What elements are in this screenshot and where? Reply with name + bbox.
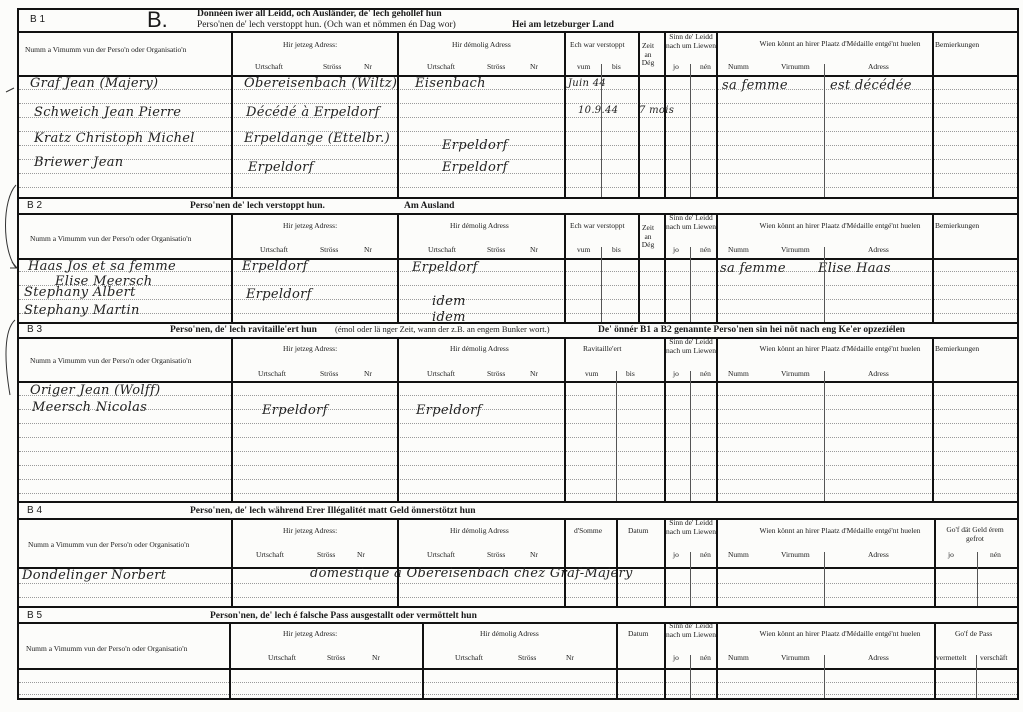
col-line <box>564 213 566 322</box>
col-line <box>664 518 666 606</box>
row-line <box>19 159 1017 160</box>
col-name-header: Numm a Vimumm vun der Perso'n oder Organ… <box>28 541 189 550</box>
frame-right <box>1017 8 1019 698</box>
col-current-address: Hir jetzeg Adress: <box>283 345 337 354</box>
row-line <box>19 395 1017 396</box>
col-virnumm: Virnumm <box>781 654 810 663</box>
col-datum: Datum <box>628 630 648 639</box>
section-bottom <box>17 606 1019 608</box>
col-medal: Wien könnt an hirer Plaatz d'Médaille en… <box>755 222 925 231</box>
entry-current-address: Erpeldorf <box>262 403 328 418</box>
entry-former-address: Erpeldorf <box>416 403 482 418</box>
col-line <box>824 64 825 197</box>
col-jo: jo <box>673 63 679 72</box>
col-urtschaft: Urtschaft <box>427 551 455 560</box>
col-former-address: Hir démolig Adress <box>480 630 539 639</box>
col-current-address: Hir jetzeg Adress: <box>283 630 337 639</box>
col-somme: d'Somme <box>574 527 602 536</box>
col-vum: vum <box>577 246 590 255</box>
col-nr: Nr <box>364 246 372 255</box>
row-line <box>19 299 1017 300</box>
col-line <box>664 337 666 501</box>
col-line <box>716 622 718 698</box>
section-title-line2: Perso'nen de' lech verstoppt hun. (Och w… <box>197 20 456 30</box>
col-line <box>932 31 934 197</box>
section-title: Perso'nen, de' lech ravitaille'ert hun <box>170 325 317 335</box>
col-bis: bis <box>612 246 621 255</box>
col-nr: Nr <box>566 654 574 663</box>
col-numm: Numm <box>728 654 749 663</box>
col-urtschaft: Urtschaft <box>428 246 456 255</box>
col-line <box>231 213 233 322</box>
col-name-header: Numm a Vimumm vun der Perso'n oder Organ… <box>25 46 186 55</box>
col-line <box>690 64 691 197</box>
divider <box>17 213 1019 215</box>
col-numm: Numm <box>728 246 749 255</box>
col-line <box>231 31 233 197</box>
col-line <box>664 622 666 698</box>
entry-name: Origer Jean (Wolff) <box>30 383 160 398</box>
col-line <box>397 337 399 501</box>
col-line <box>690 247 691 322</box>
col-urtschaft: Urtschaft <box>260 246 288 255</box>
entry-former-address: Erpeldorf <box>412 260 478 275</box>
col-line <box>716 213 718 322</box>
col-line <box>976 655 977 698</box>
margin-arrow-annotations <box>0 0 30 712</box>
col-line <box>664 31 666 197</box>
col-adress: Adress <box>868 370 889 379</box>
entry-current-address: Obereisenbach (Wiltz) <box>244 76 397 91</box>
entry-current-address: Erpeldange (Ettelbr.) <box>244 131 390 146</box>
divider <box>17 337 1019 339</box>
header-bottom <box>17 381 1019 383</box>
col-vum: vum <box>577 63 590 72</box>
col-medal: Wien könnt an hirer Plaatz d'Médaille en… <box>755 527 925 536</box>
entry-name: Stephany Martin <box>24 303 140 318</box>
col-nen: nén <box>700 654 711 663</box>
col-line <box>664 213 666 322</box>
entry-name: Kratz Christoph Michel <box>34 131 195 146</box>
col-line <box>932 213 934 322</box>
col-line <box>616 622 618 698</box>
col-geld-gefrot: Go'f dät Geld érem gefrot <box>940 526 1010 543</box>
row-line <box>19 285 1017 286</box>
col-bis: bis <box>612 63 621 72</box>
col-line <box>824 552 825 606</box>
col-urtschaft: Urtschaft <box>258 370 286 379</box>
col-nen: nén <box>700 551 711 560</box>
col-former-address: Hir démolig Adress <box>452 41 511 50</box>
section-bottom <box>17 501 1019 503</box>
col-days: Zeit an Dég <box>641 224 655 250</box>
col-nr: Nr <box>530 246 538 255</box>
col-current-address: Hir jetzeg Adress: <box>283 527 337 536</box>
row-line <box>19 313 1017 314</box>
col-line <box>716 337 718 501</box>
col-line <box>638 31 640 197</box>
col-line <box>601 64 602 197</box>
col-line <box>690 371 691 501</box>
col-adress: Adress <box>868 551 889 560</box>
col-line <box>977 552 978 606</box>
col-hidden: Ech war verstoppt <box>570 222 625 231</box>
entry-former-address: Eisenbach <box>415 76 486 91</box>
col-nen: nén <box>990 551 1001 560</box>
col-line <box>564 337 566 501</box>
col-line <box>934 622 936 698</box>
col-virnumm: Virnumm <box>781 63 810 72</box>
col-stross: Ströss <box>327 654 345 663</box>
section-title: Perso'nen de' lech verstoppt hun. <box>190 201 325 211</box>
col-nen: nén <box>700 370 711 379</box>
col-line <box>231 518 233 606</box>
col-nen: nén <box>700 63 711 72</box>
col-adress: Adress <box>868 246 889 255</box>
col-line <box>616 518 618 606</box>
section-title: Perso'nen, de' lech während Erer Illégal… <box>190 506 476 516</box>
col-stross: Ströss <box>518 654 536 663</box>
section-title-right: Am Ausland <box>404 201 454 211</box>
col-line <box>716 31 718 197</box>
col-urtschaft: Urtschaft <box>427 63 455 72</box>
section-title-line1: Donnéen iwer all Leidd, och Ausländer, d… <box>197 9 442 19</box>
col-stross: Ströss <box>487 370 505 379</box>
entry-name: Schweich Jean Pierre <box>34 105 181 120</box>
col-former-address: Hir démolig Adress <box>450 345 509 354</box>
row-line <box>19 694 1017 695</box>
col-bis: bis <box>626 370 635 379</box>
col-line <box>824 655 825 698</box>
divider <box>17 518 1019 520</box>
col-stross: Ströss <box>317 551 335 560</box>
col-line <box>824 247 825 322</box>
col-urtschaft: Urtschaft <box>427 370 455 379</box>
col-jo: jo <box>673 654 679 663</box>
entry-medal-virnumm: Elise Haas <box>818 261 891 276</box>
entry-medal-numm: sa femme <box>722 78 788 93</box>
col-numm: Numm <box>728 370 749 379</box>
col-medal: Wien könnt an hirer Plaatz d'Médaille en… <box>755 630 925 639</box>
col-line <box>564 518 566 606</box>
col-nr: Nr <box>357 551 365 560</box>
row-line <box>19 103 1017 104</box>
col-line <box>824 371 825 501</box>
col-line <box>229 622 231 698</box>
entry-former-address: Erpeldorf <box>442 138 508 153</box>
col-former-address: Hir démolig Adress <box>450 527 509 536</box>
row-line <box>19 437 1017 438</box>
entry-medal-virnumm: est décédée <box>830 78 912 93</box>
col-line <box>397 213 399 322</box>
row-line <box>19 682 1017 683</box>
col-former-address: Hir démolig Adress <box>450 222 509 231</box>
col-stross: Ströss <box>323 63 341 72</box>
col-virnumm: Virnumm <box>781 551 810 560</box>
col-virnumm: Virnumm <box>781 370 810 379</box>
col-jo: jo <box>673 246 679 255</box>
section-title: Person'nen, de' lech é falsche Pass ausg… <box>210 611 477 621</box>
col-urtschaft: Urtschaft <box>256 551 284 560</box>
entry-name: Graf Jean (Majery) <box>30 76 158 91</box>
divider <box>17 31 1019 33</box>
entry-former-address: idem <box>432 294 466 309</box>
entry-current-address: Erpeldorf <box>248 160 314 175</box>
col-current-address: Hir jetzeg Adress: <box>283 41 337 50</box>
col-numm: Numm <box>728 63 749 72</box>
row-line <box>19 173 1017 174</box>
row-line <box>19 409 1017 410</box>
col-line <box>422 622 424 698</box>
row-line <box>19 187 1017 188</box>
col-line <box>564 31 566 197</box>
col-sinn-leidd: Sinn de' Leidd nach um Liewen <box>666 338 716 355</box>
row-line <box>19 451 1017 452</box>
col-current-address: Hir jetzeg Adress: <box>283 222 337 231</box>
col-line <box>690 655 691 698</box>
col-ravitailleert: Ravitaille'ert <box>583 345 621 354</box>
col-line <box>690 552 691 606</box>
col-datum: Datum <box>628 527 648 536</box>
col-nr: Nr <box>364 63 372 72</box>
col-line <box>231 337 233 501</box>
entry-medal-numm: sa femme <box>720 261 786 276</box>
col-stross: Ströss <box>487 246 505 255</box>
section-title-right: De' önnér B1 a B2 genannte Perso'nen sin… <box>598 325 905 335</box>
col-medal: Wien könnt an hirer Plaatz d'Médaille en… <box>755 40 925 49</box>
divider <box>17 622 1019 624</box>
entry-name: Meersch Nicolas <box>32 400 147 415</box>
col-nr: Nr <box>530 551 538 560</box>
col-vermettelt: vermettelt <box>936 654 966 663</box>
col-jo: jo <box>673 551 679 560</box>
col-name-header: Numm a Vimumm vun der Perso'n oder Organ… <box>30 235 191 244</box>
col-stross: Ströss <box>320 246 338 255</box>
col-pass: Go'f de Pass <box>955 630 992 639</box>
col-stross: Ströss <box>320 370 338 379</box>
entry-former-address: Erpeldorf <box>442 160 508 175</box>
col-numm: Numm <box>728 551 749 560</box>
col-line <box>932 337 934 501</box>
col-nr: Nr <box>530 63 538 72</box>
col-line <box>616 371 617 501</box>
col-jo: jo <box>948 551 954 560</box>
section-id: B 1 <box>30 14 45 25</box>
col-nr: Nr <box>372 654 380 663</box>
col-line <box>601 247 602 322</box>
col-adress: Adress <box>868 654 889 663</box>
col-bemierkungen: Bemierkungen <box>935 222 979 231</box>
col-line <box>397 518 399 606</box>
row-line <box>19 479 1017 480</box>
entry-days: 7 mois <box>639 105 674 116</box>
col-virnumm: Virnumm <box>781 246 810 255</box>
col-line <box>716 518 718 606</box>
col-nr: Nr <box>530 370 538 379</box>
entry-note: domestique à Obereisenbach chez Graf-Maj… <box>310 566 633 581</box>
col-line <box>397 31 399 197</box>
col-jo: jo <box>673 370 679 379</box>
col-sinn-leidd: Sinn de' Leidd nach um Liewen <box>666 214 716 231</box>
col-sinn-leidd: Sinn de' Leidd nach um Liewen <box>666 519 716 536</box>
col-sinn-leidd: Sinn de' Leidd nach um Liewen <box>666 622 716 639</box>
entry-current-address: Décédé à Erpeldorf <box>246 105 380 120</box>
col-urtschaft: Urtschaft <box>455 654 483 663</box>
col-hidden: Ech war verstoppt <box>570 41 625 50</box>
col-sinn-leidd: Sinn de' Leidd nach um Liewen <box>666 33 716 50</box>
frame-bottom <box>17 698 1019 700</box>
entry-name: Haas Jos et sa femme <box>28 259 176 274</box>
entry-name: Briewer Jean <box>34 155 123 170</box>
entry-bis: 10.9.44 <box>578 105 618 116</box>
col-name-header: Numm a Vimumm vun der Perso'n oder Organ… <box>26 645 187 654</box>
entry-current-address: Erpeldorf <box>246 287 312 302</box>
col-stross: Ströss <box>487 551 505 560</box>
col-nen: nén <box>700 246 711 255</box>
row-line <box>19 597 1017 598</box>
col-vum: vum <box>585 370 598 379</box>
col-days: Zeit an Dég <box>641 42 655 68</box>
col-line <box>934 518 936 606</box>
col-medal: Wien könnt an hirer Plaatz d'Médaille en… <box>755 345 925 354</box>
col-stross: Ströss <box>487 63 505 72</box>
entry-current-address: Erpeldorf <box>242 259 308 274</box>
section-bottom <box>17 197 1019 199</box>
row-line <box>19 423 1017 424</box>
col-bemierkungen: Bemierkungen <box>935 345 979 354</box>
col-nr: Nr <box>364 370 372 379</box>
col-adress: Adress <box>868 63 889 72</box>
section-title-right: Hei am letzeburger Land <box>512 20 614 30</box>
header-bottom <box>17 668 1019 670</box>
row-line <box>19 465 1017 466</box>
col-urtschaft: Urtschaft <box>268 654 296 663</box>
col-line <box>638 213 640 322</box>
col-verschaft: verschäft <box>980 654 1007 663</box>
col-name-header: Numm a Vimumm vun der Perso'n oder Organ… <box>30 357 191 366</box>
col-bemierkungen: Bemierkungen <box>935 41 979 50</box>
header-bottom <box>17 75 1019 77</box>
row-line <box>19 493 1017 494</box>
entry-name: Stephany Albert <box>24 285 136 300</box>
entry-name: Dondelinger Norbert <box>22 568 166 583</box>
form-letter: B. <box>147 7 168 33</box>
section-title-paren: (émol oder lä nger Zeit, wann der z.B. a… <box>335 325 550 334</box>
col-urtschaft: Urtschaft <box>255 63 283 72</box>
row-line <box>19 583 1017 584</box>
